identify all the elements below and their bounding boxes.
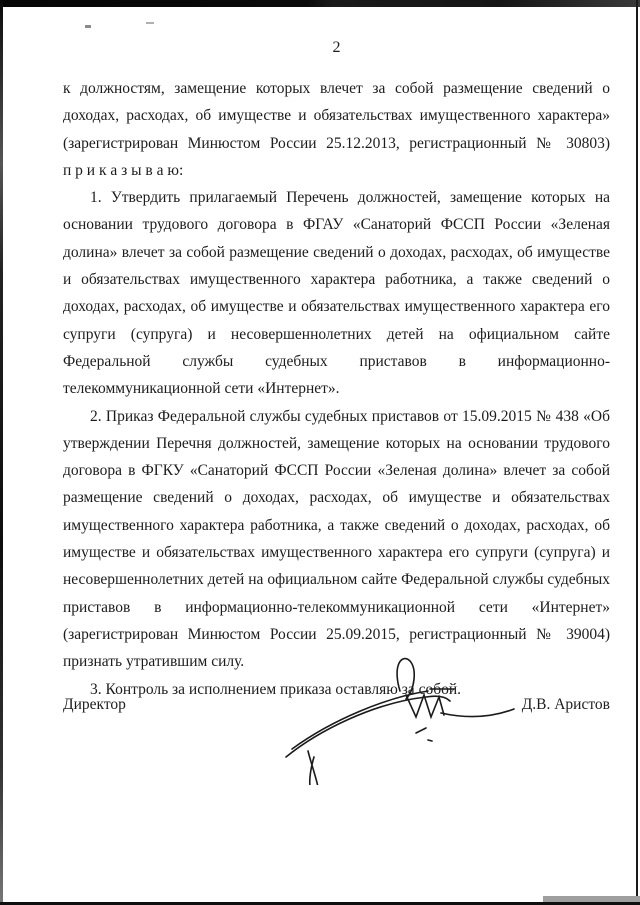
scanned-document-page: 2 к должностям, замещение которых влечет… bbox=[0, 0, 640, 905]
document-body: 2 к должностям, замещение которых влечет… bbox=[63, 38, 610, 703]
signatory-title: Директор bbox=[63, 694, 126, 716]
handwritten-signature-scribble bbox=[278, 645, 518, 785]
signatory-name: Д.В. Аристов bbox=[522, 694, 610, 716]
scan-border-bottom-gray-segment bbox=[543, 896, 640, 902]
paragraph-item-1: 1. Утвердить прилагаемый Перечень должно… bbox=[63, 184, 610, 402]
scan-border-left bbox=[0, 0, 3, 905]
paragraph-continuation: к должностям, замещение которых влечет з… bbox=[63, 75, 610, 157]
scan-artifact-dot bbox=[85, 25, 91, 28]
page-number: 2 bbox=[63, 38, 610, 58]
scan-artifact-dot bbox=[146, 22, 154, 24]
paragraph-prikaz-keyword: п р и к а з ы в а ю: bbox=[63, 157, 610, 184]
paragraph-item-2: 2. Приказ Федеральной службы судебных пр… bbox=[63, 403, 610, 676]
scan-border-right bbox=[636, 0, 638, 905]
scan-border-top bbox=[0, 0, 640, 7]
